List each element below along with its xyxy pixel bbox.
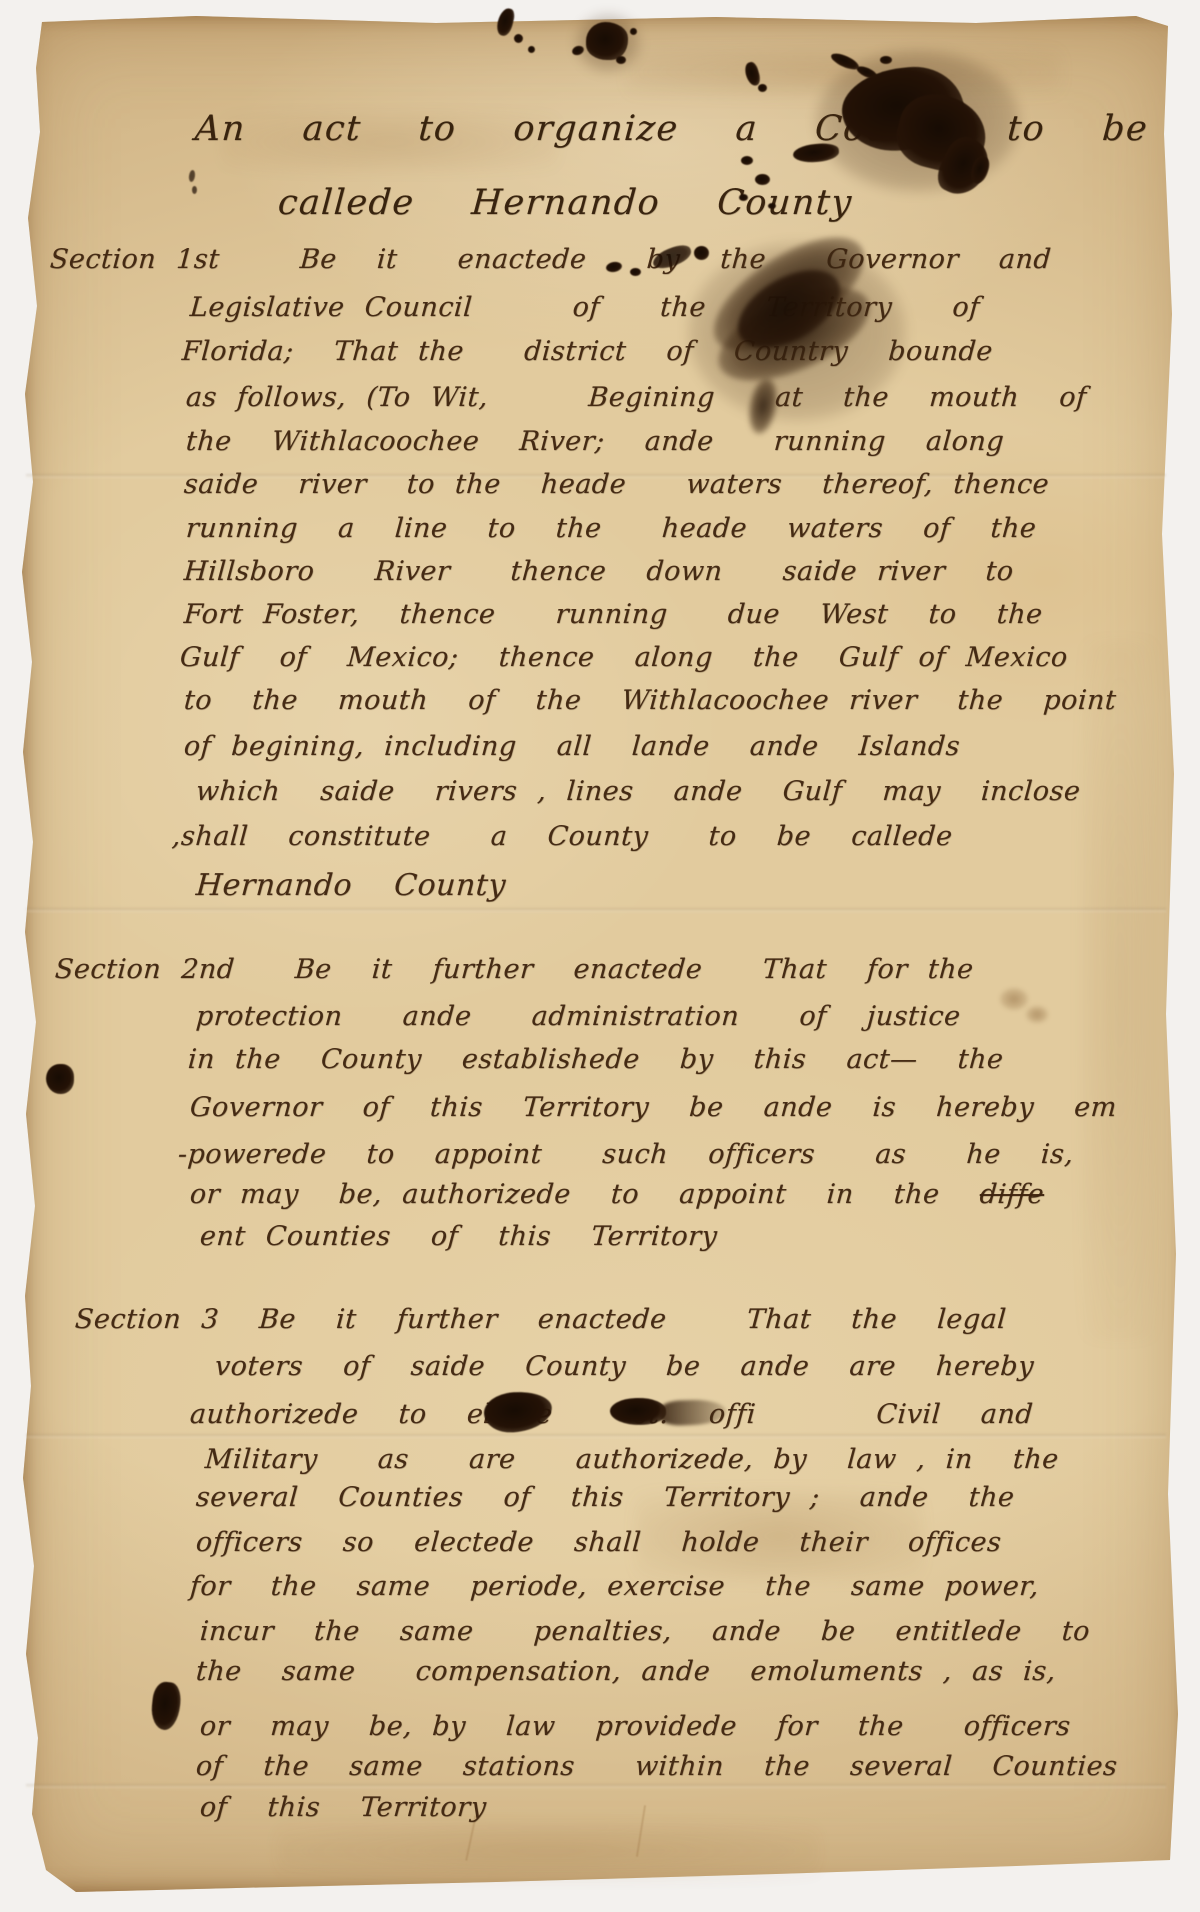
section2-line: -powerede to appoint such officers as he… [177, 1141, 1074, 1168]
section3-line: the same compensation, ande emoluments ,… [195, 1658, 1057, 1685]
section1-line: running a line to the heade waters of th… [185, 515, 1037, 542]
section3-line: of this Territory [199, 1794, 487, 1821]
ink-dot [694, 246, 709, 260]
margin-ink-blot [46, 1064, 74, 1094]
section1-line: to the mouth of the Withlacoochee river … [183, 687, 1117, 714]
section1-line: of begining, including all lande ande Is… [183, 733, 961, 760]
ink-speck [630, 268, 641, 276]
section2-line: Section 2nd Be it further enactede That … [54, 956, 974, 983]
section1-line: which saide rivers , lines ande Gulf may… [195, 778, 1081, 805]
section1-line: the Withlacoochee River; ande running al… [185, 428, 1005, 455]
section3-line: several Counties of this Territory ; and… [195, 1484, 1015, 1511]
brown-spot [1000, 988, 1028, 1010]
ink-speck [630, 28, 637, 35]
section1-line: Gulf of Mexico; thence along the Gulf of… [179, 644, 1069, 671]
section3-line: for the same periode, exercise the same … [189, 1573, 1040, 1600]
section1-line: Fort Foster, thence running due West to … [183, 601, 1043, 628]
section3-line: voters of saide County be ande are hereb… [214, 1353, 1035, 1380]
section1-line: Hillsboro River thence down saide river … [183, 558, 1015, 585]
section2-line: in the County establishede by this act— … [187, 1046, 1004, 1073]
section2-line: protection ande administration of justic… [195, 1003, 962, 1030]
section1-line: Section 1st Be it enactede by the Govern… [49, 246, 1052, 273]
ink-speck [768, 203, 776, 209]
section3-line: officers so electede shall holde their o… [195, 1529, 1002, 1556]
section1-line: Hernando County [195, 871, 507, 901]
fold-crease [26, 1784, 1166, 1788]
section3-line: of the same stations within the several … [195, 1753, 1118, 1780]
ink-blot [586, 22, 628, 60]
ink-speck [616, 56, 626, 64]
section2-line-text: or may be, authorizede to appoint in the [189, 1179, 981, 1210]
ink-speck [741, 156, 753, 165]
section2-line: ent Counties of this Territory [199, 1223, 718, 1250]
ink-speck [758, 84, 767, 92]
section2-line: or may be, authorizede to appoint in the… [189, 1181, 1045, 1208]
ink-speck [880, 56, 892, 64]
ink-speck [528, 46, 535, 53]
title-line-2: callede Hernando County [277, 186, 854, 221]
section2-line: Governor of this Territory be ande is he… [189, 1094, 1118, 1121]
section3-line: Section 3 Be it further enactede That th… [74, 1306, 1007, 1333]
scanned-manuscript: { "document": { "title": { "line1": "An … [0, 0, 1200, 1912]
water-stain [276, 1822, 820, 1880]
section3-line: or may be, by law providede for the offi… [199, 1713, 1072, 1740]
section1-line: saide river to the heade waters thereof,… [183, 471, 1050, 498]
ink-speck [739, 194, 748, 201]
struck-word: diffe [979, 1179, 1046, 1210]
fold-crease [26, 908, 1166, 912]
section1-line: ,shall constitute a County to be callede [171, 823, 953, 850]
ink-tick [192, 186, 197, 194]
section3-line: incur the same penalties, ande be entitl… [199, 1618, 1091, 1645]
ink-speck [755, 174, 770, 185]
fold-crease [26, 1434, 1166, 1438]
section1-line: as follows, (To Wit, Begining at the mou… [185, 384, 1087, 411]
water-stain [1080, 640, 1160, 1340]
brown-spot [1026, 1006, 1048, 1023]
ink-speck [514, 34, 523, 43]
section3-line: Military as are authorizede, by law , in… [204, 1446, 1060, 1473]
